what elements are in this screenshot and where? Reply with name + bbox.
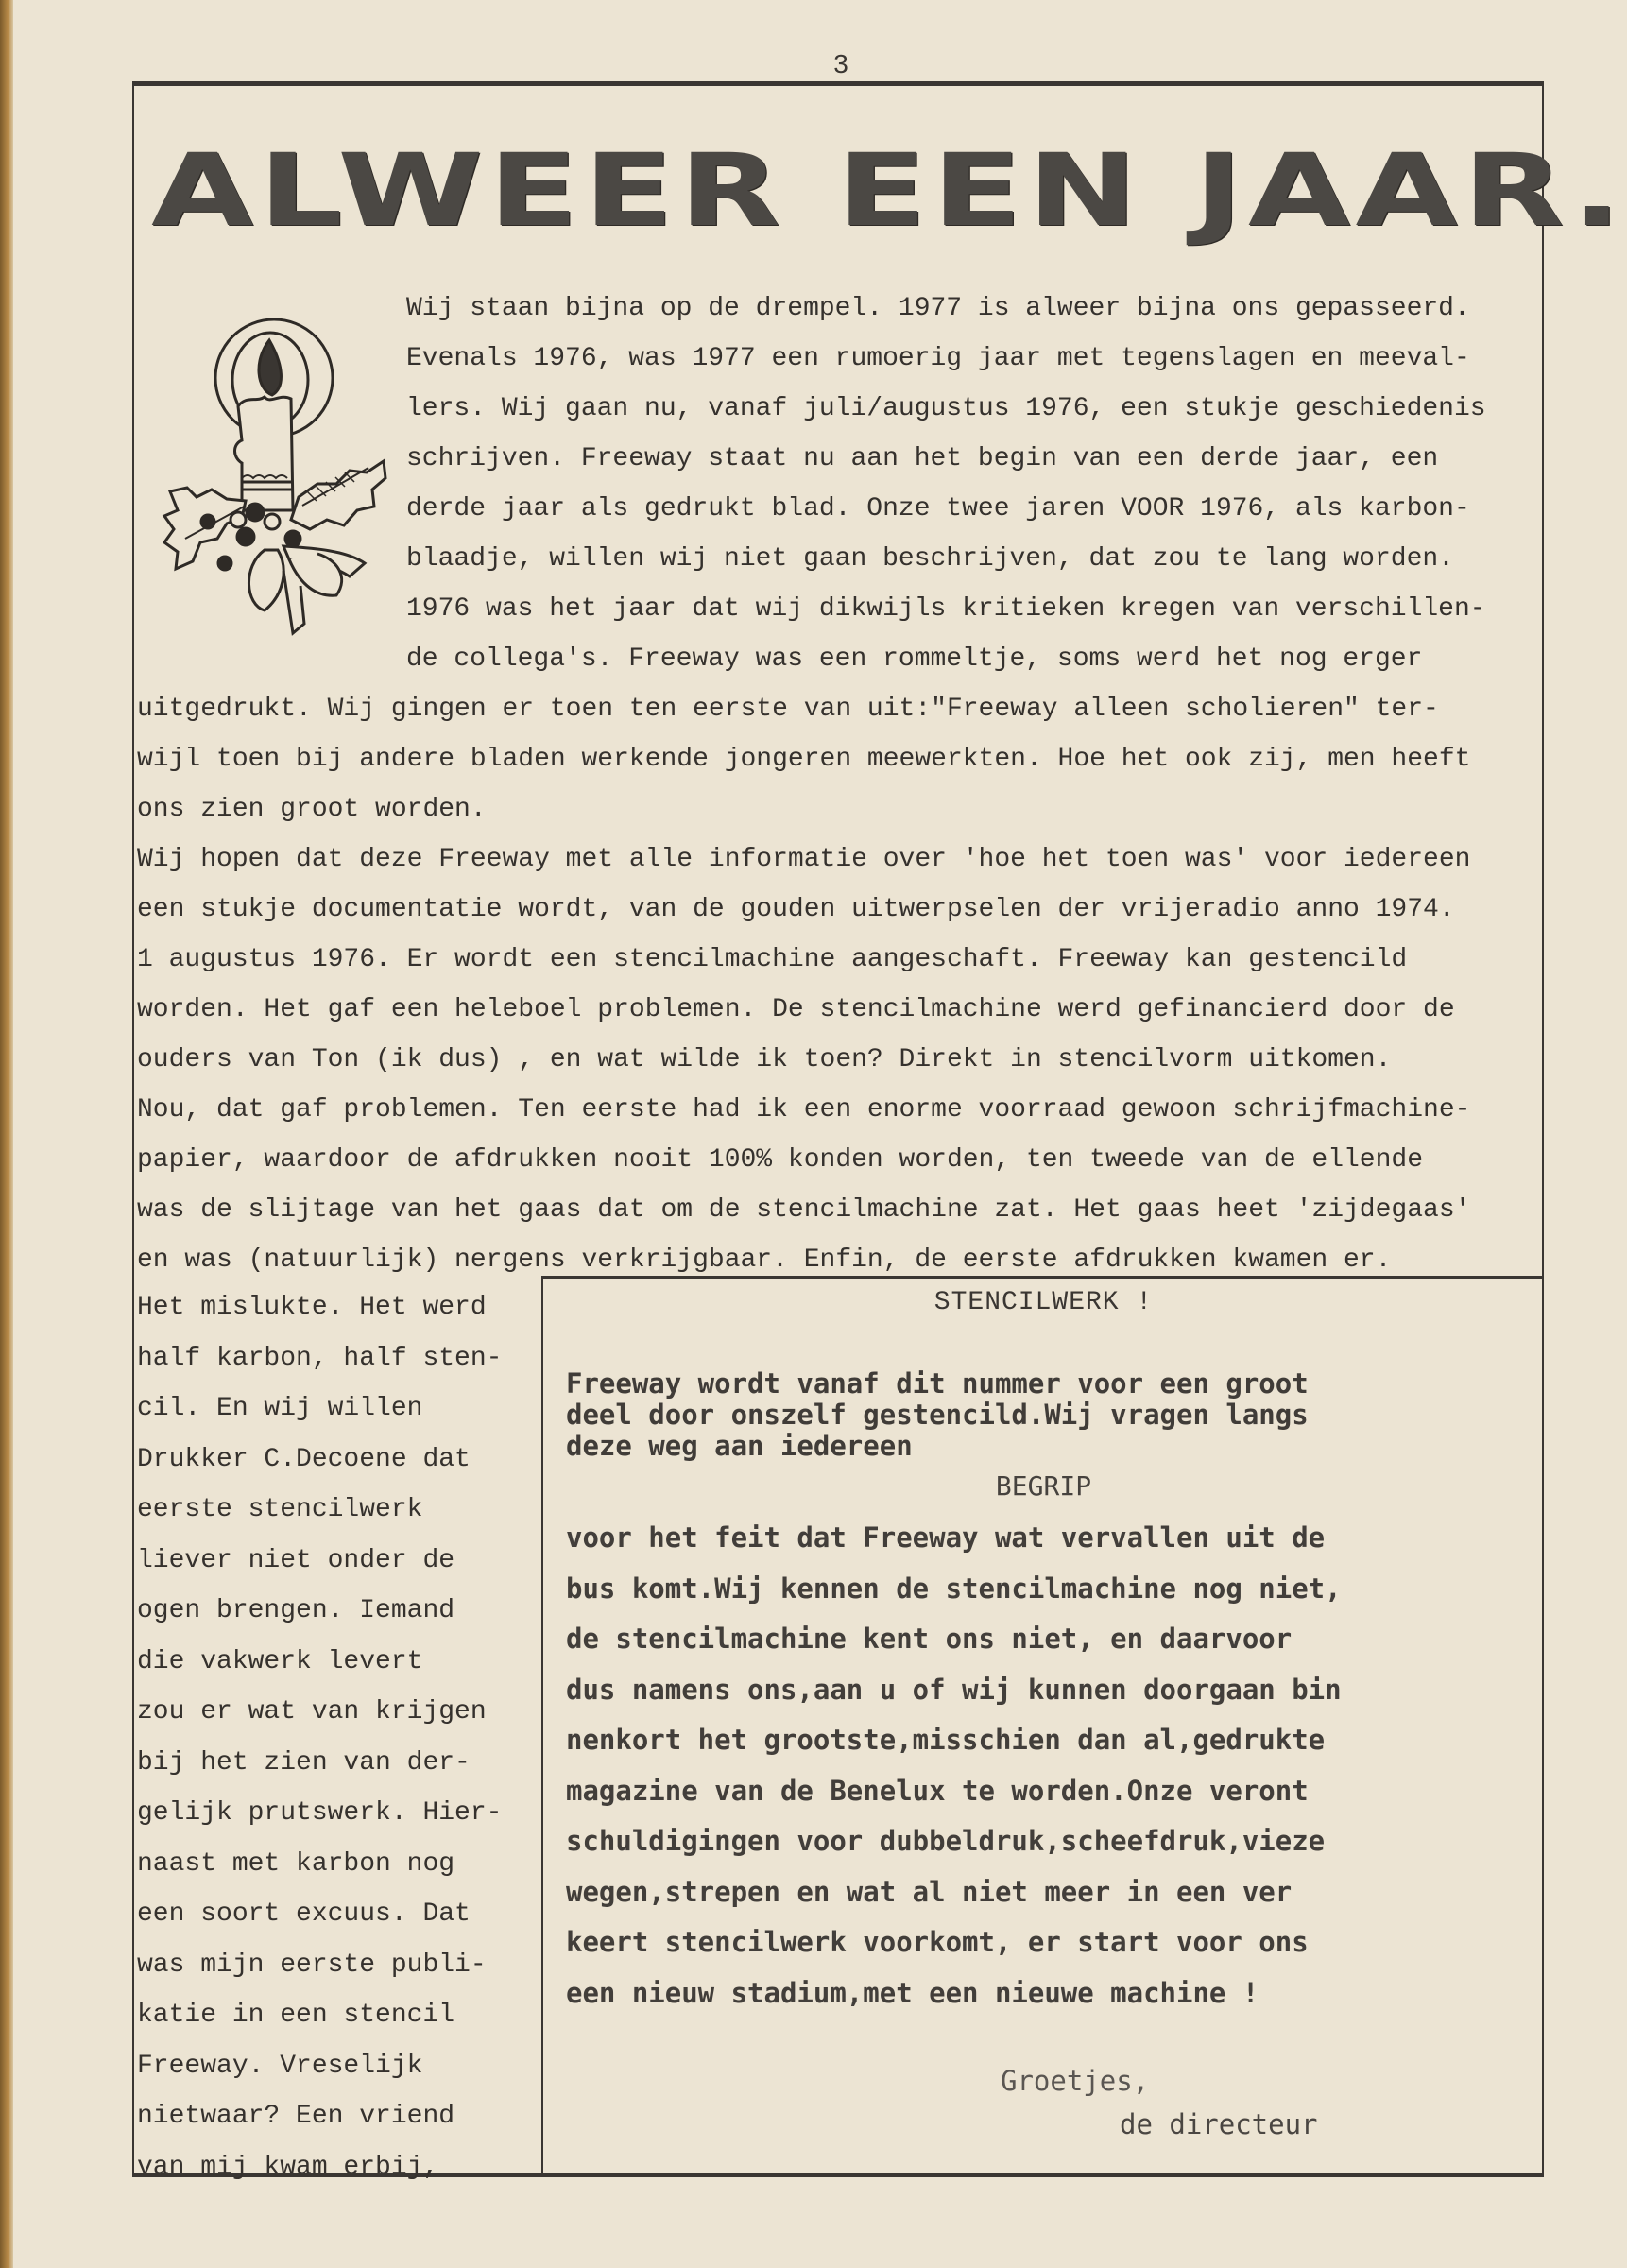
page-binding-edge [0, 0, 13, 2268]
stencil-line: bus komt.Wij kennen de stencilmachine no… [566, 1564, 1530, 1615]
stencil-line: voor het feit dat Freeway wat vervallen … [566, 1513, 1530, 1564]
body-line: ouders van Ton (ik dus) , en wat wilde i… [137, 1035, 1535, 1085]
stencil-line: schuldigingen voor dubbeldruk,scheefdruk… [566, 1816, 1530, 1867]
column-line: liever niet onder de [137, 1536, 534, 1587]
column-line: die vakwerk levert [137, 1637, 534, 1688]
stencil-box-title: STENCILWERK ! [543, 1288, 1544, 1317]
page-number: 3 [822, 49, 860, 79]
body-line: 1976 was het jaar dat wij dikwijls kriti… [137, 584, 1535, 634]
body-line: lers. Wij gaan nu, vanaf juli/augustus 1… [137, 384, 1535, 434]
column-line: naast met karbon nog [137, 1839, 534, 1890]
column-line: ogen brengen. Iemand [137, 1586, 534, 1637]
stencil-intro: Freeway wordt vanaf dit nummer voor een … [566, 1368, 1520, 1462]
stencil-emphasis: BEGRIP [543, 1470, 1544, 1502]
body-line: ons zien groot worden. [137, 784, 1535, 834]
body-line: uitgedrukt. Wij gingen er toen ten eerst… [137, 684, 1535, 734]
stencil-line: deze weg aan iedereen [566, 1431, 1520, 1462]
body-line: Evenals 1976, was 1977 een rumoerig jaar… [137, 334, 1535, 384]
stencil-body: voor het feit dat Freeway wat vervallen … [566, 1513, 1530, 2019]
column-line: een soort excuus. Dat [137, 1889, 534, 1940]
column-line: gelijk prutswerk. Hier- [137, 1788, 534, 1839]
stencil-line: nenkort het grootste,misschien dan al,ge… [566, 1715, 1530, 1766]
stencil-line: dus namens ons,aan u of wij kunnen doorg… [566, 1665, 1530, 1716]
column-line: Freeway. Vreselijk [137, 2041, 534, 2092]
body-line: wijl toen bij andere bladen werkende jon… [137, 734, 1535, 784]
column-line: zou er wat van krijgen [137, 1687, 534, 1738]
stencil-line: wegen,strepen en wat al niet meer in een… [566, 1867, 1530, 1918]
stencil-line: deel door onszelf gestencild.Wij vragen … [566, 1400, 1520, 1431]
page-title: ALWEER EEN JAAR. [151, 132, 1627, 227]
column-line: bij het zien van der- [137, 1738, 534, 1789]
body-line: Nou, dat gaf problemen. Ten eerste had i… [137, 1085, 1535, 1135]
column-line: van mij kwam erbij, [137, 2142, 534, 2193]
column-line: cil. En wij willen [137, 1383, 534, 1435]
column-line: half karbon, half sten- [137, 1333, 534, 1384]
stencil-line: magazine van de Benelux te worden.Onze v… [566, 1766, 1530, 1817]
stencil-line: Freeway wordt vanaf dit nummer voor een … [566, 1368, 1520, 1400]
body-line: schrijven. Freeway staat nu aan het begi… [137, 434, 1535, 484]
stencil-line: een nieuw stadium,met een nieuwe machine… [566, 1968, 1530, 2019]
body-line: blaadje, willen wij niet gaan beschrijve… [137, 534, 1535, 584]
column-line: katie in een stencil [137, 1990, 534, 2041]
stencil-line: de stencilmachine kent ons niet, en daar… [566, 1614, 1530, 1665]
column-line: nietwaar? Een vriend [137, 2091, 534, 2142]
body-line: de collega's. Freeway was een rommeltje,… [137, 634, 1535, 684]
article-body: Wij staan bijna op de drempel. 1977 is a… [137, 283, 1535, 1285]
body-line: papier, waardoor de afdrukken nooit 100%… [137, 1135, 1535, 1185]
body-line: Wij hopen dat deze Freeway met alle info… [137, 834, 1535, 885]
left-column-text: Het mislukte. Het werd half karbon, half… [137, 1282, 534, 2192]
body-line: was de slijtage van het gaas dat om de s… [137, 1185, 1535, 1235]
body-line: Wij staan bijna op de drempel. 1977 is a… [137, 283, 1535, 334]
body-line: 1 augustus 1976. Er wordt een stencilmac… [137, 935, 1535, 985]
column-line: eerste stencilwerk [137, 1485, 534, 1536]
column-line: Het mislukte. Het werd [137, 1282, 534, 1333]
column-line: Drukker C.Decoene dat [137, 1435, 534, 1486]
body-line: derde jaar als gedrukt blad. Onze twee j… [137, 484, 1535, 534]
column-line: was mijn eerste publi- [137, 1940, 534, 1991]
stencil-line: keert stencilwerk voorkomt, er start voo… [566, 1917, 1530, 1968]
body-line: worden. Het gaf een heleboel problemen. … [137, 985, 1535, 1035]
signature: de directeur [1120, 2108, 1318, 2140]
stencil-notice-box: STENCILWERK ! Freeway wordt vanaf dit nu… [541, 1276, 1544, 2177]
body-line: een stukje documentatie wordt, van de go… [137, 885, 1535, 935]
greeting: Groetjes, [1001, 2065, 1149, 2097]
